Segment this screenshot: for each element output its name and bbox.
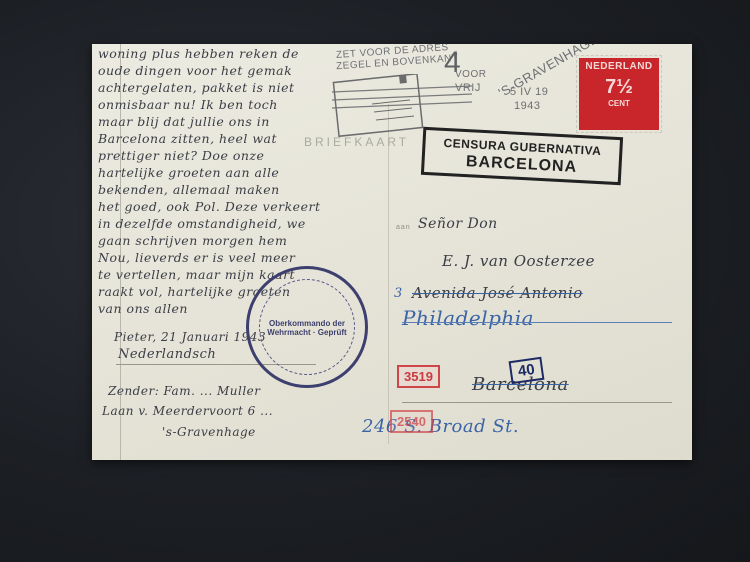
stamp-value: 7½ bbox=[579, 76, 659, 99]
censor-mark: CENSURA GUBERNATIVA BARCELONA bbox=[421, 127, 623, 185]
message-line: gaan schrijven morgen hem bbox=[98, 233, 287, 248]
message-line: oude dingen voor het gemak bbox=[98, 63, 292, 78]
censor-number-label: 3519 bbox=[397, 365, 440, 388]
round-stamp-text: Oberkommando der Wehrmacht · Geprüft bbox=[249, 319, 365, 337]
message-line: hartelijke groeten aan alle bbox=[98, 165, 279, 180]
blue-number-label: 40 bbox=[509, 357, 545, 384]
postage-stamp: NEDERLAND 7½ CENT bbox=[577, 56, 661, 132]
message-line: te vertellen, maar mijn kaart bbox=[98, 267, 295, 282]
recipient-address-struck: Avenida José Antonio bbox=[412, 284, 583, 302]
message-line: in dezelfde omstandigheid, we bbox=[98, 216, 306, 231]
sender-line-1: Zender: Fam. ... Muller bbox=[108, 384, 261, 398]
recipient-street-new: 246 S. Broad St. bbox=[362, 416, 519, 437]
message-line: bekenden, allemaal maken bbox=[98, 182, 280, 197]
card-type-label: BRIEFKAART bbox=[304, 135, 409, 149]
postmark-side-2: VRIJ bbox=[455, 82, 481, 94]
card-divider bbox=[388, 104, 389, 444]
message-line: onmisbaar nu! Ik ben toch bbox=[98, 97, 278, 112]
sender-line-3: 's-Gravenhage bbox=[162, 425, 256, 439]
recipient-salutation: Señor Don bbox=[418, 216, 498, 232]
signature-country: Nederlandsch bbox=[118, 347, 216, 362]
address-number: 3 bbox=[394, 286, 403, 301]
postcard: woning plus hebben reken deoude dingen v… bbox=[92, 44, 692, 460]
postcard-pictogram-icon bbox=[332, 74, 427, 138]
stamp-country: NEDERLAND bbox=[579, 61, 659, 72]
postmark-year: 1943 bbox=[514, 100, 540, 112]
message-line: woning plus hebben reken de bbox=[98, 46, 299, 61]
postmark-side-1: VOOR bbox=[455, 69, 486, 80]
recipient-name: E. J. van Oosterzee bbox=[442, 252, 595, 270]
stamp-unit: CENT bbox=[579, 99, 659, 108]
message-line: het goed, ook Pol. Deze verkeert bbox=[98, 199, 320, 214]
message-line: Nou, lieverds er is veel meer bbox=[98, 250, 295, 265]
censor-number-label-2: 2540 bbox=[390, 410, 433, 433]
sender-line-2: Laan v. Meerdervoort 6 ... bbox=[102, 404, 273, 418]
message-line: maar blij dat jullie ons in bbox=[98, 114, 270, 129]
message-line: prettiger niet? Doe onze bbox=[98, 148, 264, 163]
city-underline bbox=[402, 402, 672, 403]
recipient-prefix: aan bbox=[396, 224, 411, 231]
message-line: van ons allen bbox=[98, 301, 188, 316]
postmark-date: 5 IV 19 bbox=[510, 86, 548, 98]
message-line: achtergelaten, pakket is niet bbox=[98, 80, 295, 95]
round-censor-stamp: Oberkommando der Wehrmacht · Geprüft bbox=[246, 266, 368, 388]
address-strike-line bbox=[402, 322, 672, 323]
recipient-address-new: Philadelphia bbox=[402, 306, 534, 330]
message-line: Barcelona zitten, heel wat bbox=[98, 131, 277, 146]
signature-date: Pieter, 21 Januari 1943 bbox=[114, 330, 266, 344]
